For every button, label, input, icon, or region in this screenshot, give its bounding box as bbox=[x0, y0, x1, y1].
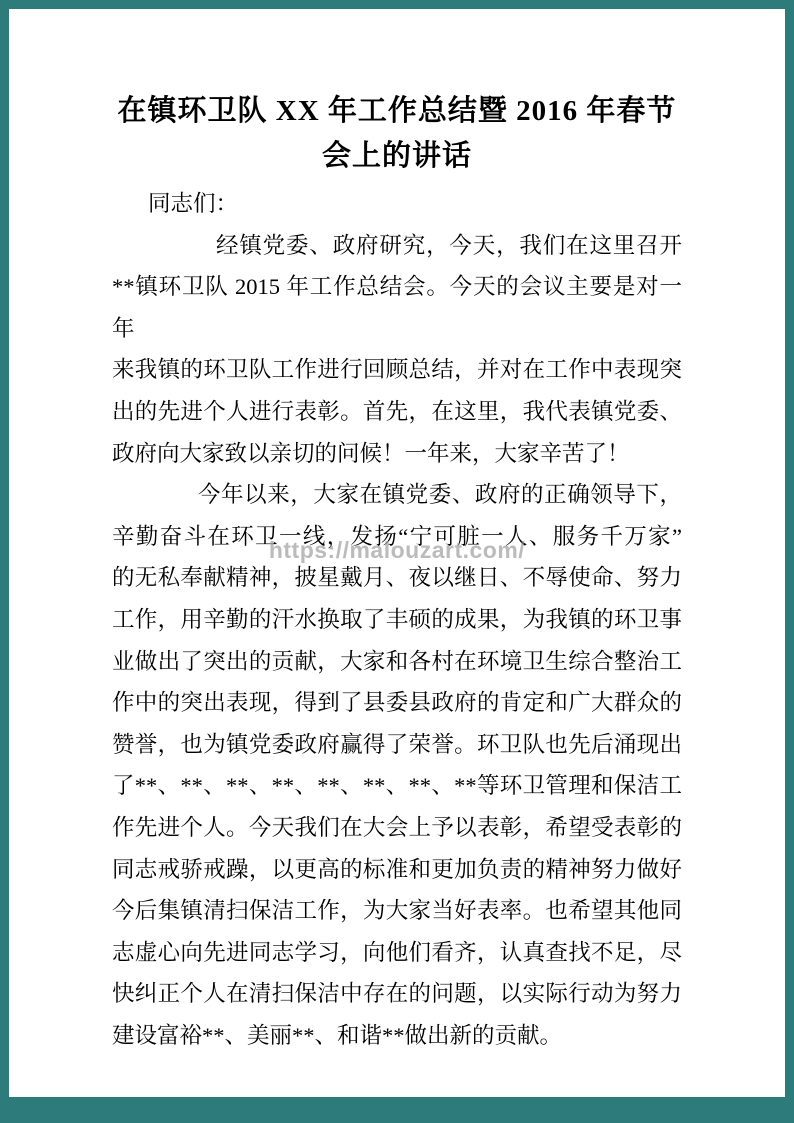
text-line: 业做出了突出的贡献，大家和各村在环境卫生综合整治工 bbox=[112, 641, 682, 683]
text-line: 建设富裕**、美丽**、和谐**做出新的贡献。 bbox=[112, 1015, 682, 1057]
text-line: 同志们： bbox=[112, 183, 682, 225]
text-line: 作中的突出表现，得到了县委县政府的肯定和广大群众的 bbox=[112, 682, 682, 724]
document-page: 在镇环卫队 XX 年工作总结暨 2016 年春节 会上的讲话 同志们：经镇党委、… bbox=[9, 9, 785, 1097]
document-body: 同志们：经镇党委、政府研究，今天，我们在这里召开**镇环卫队 2015 年工作总… bbox=[112, 183, 682, 1056]
text-line: 今后集镇清扫保洁工作，为大家当好表率。也希望其他同 bbox=[112, 890, 682, 932]
text-line: 工作，用辛勤的汗水换取了丰硕的成果，为我镇的环卫事 bbox=[112, 599, 682, 641]
text-line: 辛勤奋斗在环卫一线，发扬“宁可脏一人、服务千万家” bbox=[112, 516, 682, 558]
document-title: 在镇环卫队 XX 年工作总结暨 2016 年春节 会上的讲话 bbox=[69, 89, 725, 179]
text-line: 了**、**、**、**、**、**、**、**等环卫管理和保洁工 bbox=[112, 765, 682, 807]
text-line: 今年以来，大家在镇党委、政府的正确领导下， bbox=[112, 474, 682, 516]
text-line: 经镇党委、政府研究，今天，我们在这里召开 bbox=[112, 225, 682, 267]
text-line: 志虚心向先进同志学习，向他们看齐，认真查找不足，尽 bbox=[112, 932, 682, 974]
text-line: **镇环卫队 2015 年工作总结会。今天的会议主要是对一年 bbox=[112, 266, 682, 349]
text-line: 政府向大家致以亲切的问候！一年来，大家辛苦了！ bbox=[112, 433, 682, 475]
text-line: 的无私奉献精神，披星戴月、夜以继日、不辱使命、努力 bbox=[112, 557, 682, 599]
text-line: 同志戒骄戒躁，以更高的标准和更加负责的精神努力做好 bbox=[112, 849, 682, 891]
text-line: 来我镇的环卫队工作进行回顾总结，并对在工作中表现突 bbox=[112, 349, 682, 391]
text-line: 出的先进个人进行表彰。首先，在这里，我代表镇党委、 bbox=[112, 391, 682, 433]
text-line: 作先进个人。今天我们在大会上予以表彰，希望受表彰的 bbox=[112, 807, 682, 849]
document-title-line-1: 在镇环卫队 XX 年工作总结暨 2016 年春节 bbox=[69, 89, 725, 134]
text-line: 赞誉，也为镇党委政府赢得了荣誉。环卫队也先后涌现出 bbox=[112, 724, 682, 766]
document-title-line-2: 会上的讲话 bbox=[69, 134, 725, 179]
teal-frame-background: 在镇环卫队 XX 年工作总结暨 2016 年春节 会上的讲话 同志们：经镇党委、… bbox=[0, 0, 794, 1123]
text-line: 快纠正个人在清扫保洁中存在的问题，以实际行动为努力 bbox=[112, 973, 682, 1015]
